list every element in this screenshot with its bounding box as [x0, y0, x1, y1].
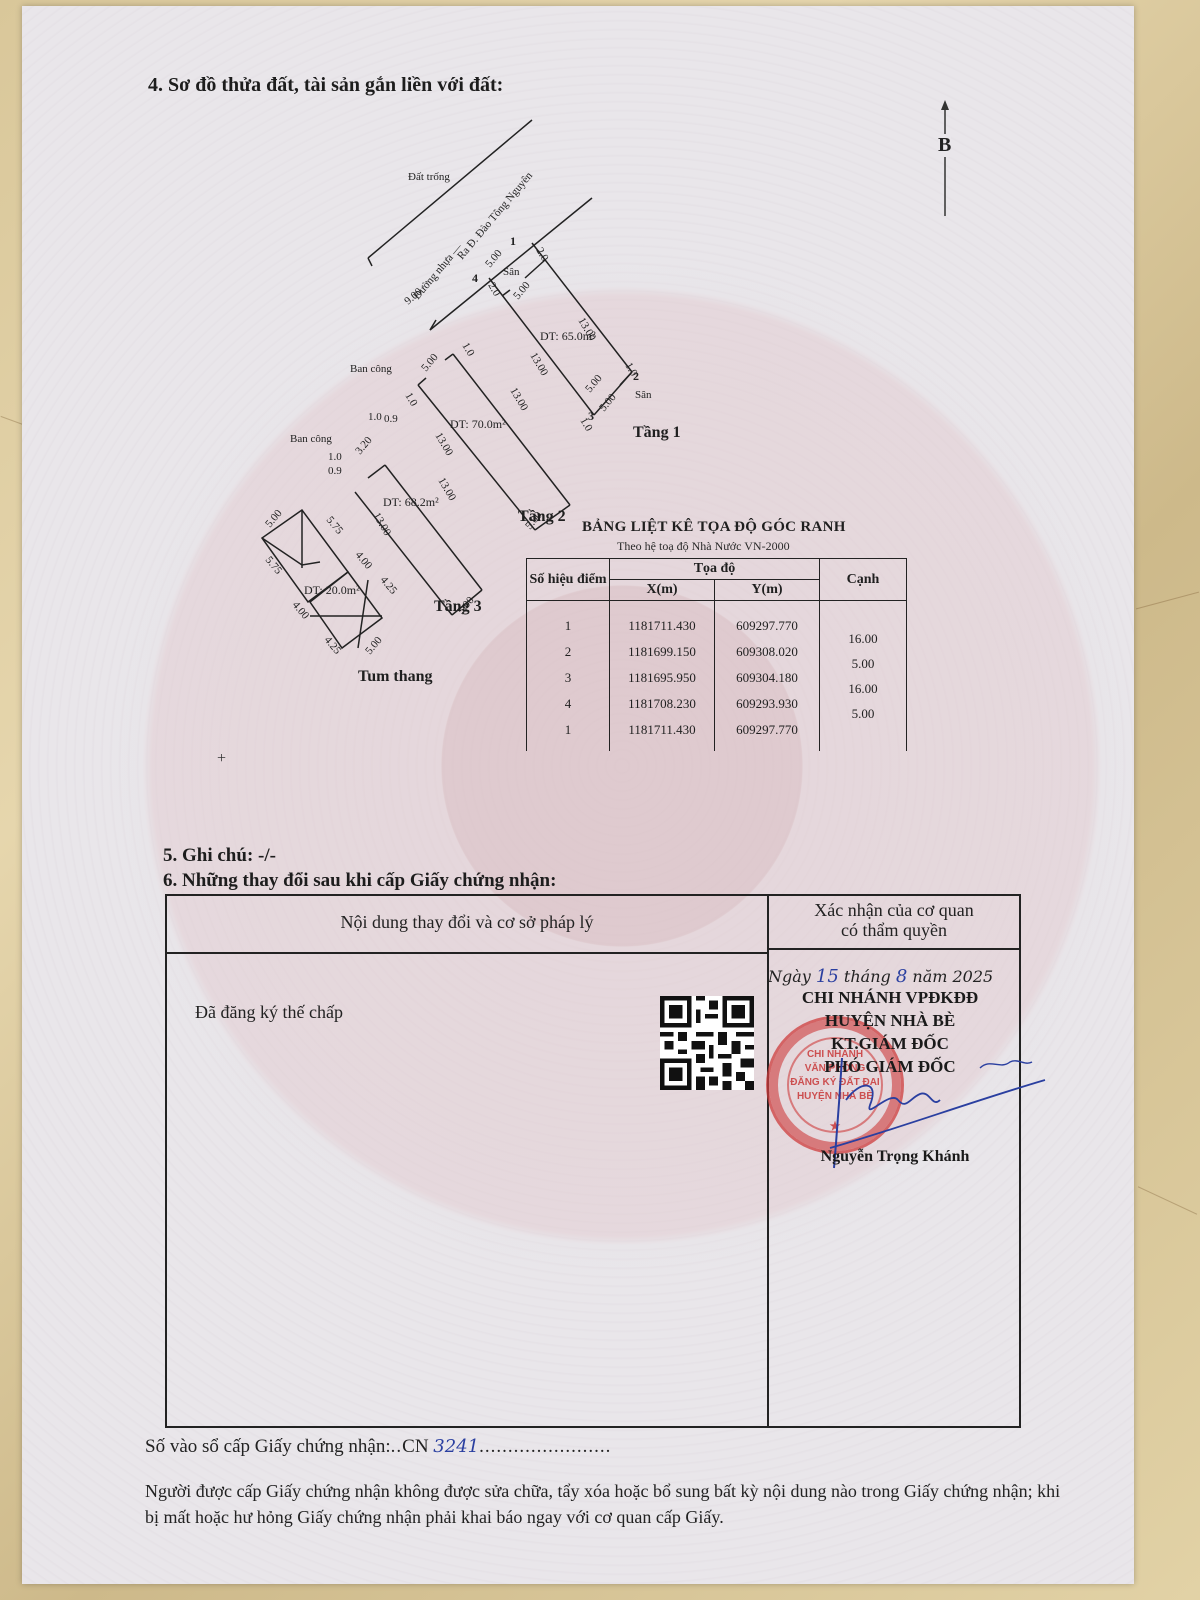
svg-text:DT: 20.0m²: DT: 20.0m²	[304, 583, 360, 597]
coord-table: Số hiệu điểm Tọa độ Cạnh X(m) Y(m) 1 2 3…	[526, 558, 907, 751]
svg-text:1.0: 1.0	[402, 391, 420, 409]
floor-label-tum-thang: Tum thang	[358, 668, 433, 686]
svg-text:5.00: 5.00	[511, 279, 533, 302]
svg-text:DT: 70.0m²: DT: 70.0m²	[450, 417, 506, 431]
row-edge: 16.00	[820, 676, 906, 701]
date-day: 15	[816, 966, 839, 987]
svg-text:4.00: 4.00	[353, 549, 375, 572]
section-5-title: 5. Ghi chú: -/-	[163, 845, 276, 867]
north-label: B	[938, 134, 951, 157]
qr-code	[660, 996, 754, 1090]
svg-text:0.9: 0.9	[384, 413, 398, 425]
registry-line: Số vào sổ cấp Giấy chứng nhận:..CN 3241.…	[145, 1436, 611, 1458]
coord-table-title: BẢNG LIỆT KÊ TỌA ĐỘ GÓC RANH	[582, 519, 846, 536]
registration-mark: +	[217, 750, 226, 768]
floor-label-tang-2: Tầng 2	[518, 508, 566, 526]
header-confirm-line2: có thẩm quyền	[769, 920, 1019, 940]
marble-vein	[1138, 1186, 1197, 1214]
row-x: 1181695.950	[610, 665, 714, 691]
confirmation-date: Ngày 15 tháng 8 năm 2025	[768, 966, 993, 987]
svg-text:13.00: 13.00	[507, 386, 530, 414]
registry-label: Số vào sổ cấp Giấy chứng nhận:	[145, 1436, 391, 1457]
authority-line-1: CHI NHÁNH VPĐKĐĐ	[765, 986, 1015, 1009]
marble-vein	[1, 416, 24, 425]
svg-text:5.00: 5.00	[483, 247, 505, 270]
svg-text:13.00: 13.00	[370, 511, 393, 539]
row-x: 1181711.430	[610, 613, 714, 639]
svg-text:DT: 65.0m²: DT: 65.0m²	[540, 329, 596, 343]
svg-text:DT: 68.2m²: DT: 68.2m²	[383, 495, 439, 509]
row-y: 609297.770	[715, 613, 819, 639]
svg-text:1.0: 1.0	[459, 341, 477, 359]
svg-text:5.00: 5.00	[583, 372, 605, 395]
row-x: 1181708.230	[610, 691, 714, 717]
svg-text:4.25: 4.25	[322, 634, 344, 657]
svg-text:5.00: 5.00	[363, 634, 385, 657]
date-month: 8	[896, 966, 907, 987]
svg-text:Sân: Sân	[635, 389, 652, 401]
row-y: 609297.770	[715, 717, 819, 743]
row-point: 1	[527, 613, 609, 639]
row-y: 609304.180	[715, 665, 819, 691]
row-edge: 5.00	[820, 701, 906, 726]
svg-text:5.75: 5.75	[324, 514, 346, 537]
signer-name: Nguyễn Trọng Khánh	[780, 1148, 1010, 1166]
marble-vein	[1136, 592, 1199, 610]
svg-text:4: 4	[472, 271, 478, 285]
row-y: 609308.020	[715, 639, 819, 665]
row-x: 1181711.430	[610, 717, 714, 743]
floor-label-tang-1: Tầng 1	[633, 424, 681, 442]
change-entry-content: Đã đăng ký thế chấp	[195, 1002, 343, 1023]
header-x: X(m)	[610, 580, 715, 601]
floor-label-tang-3: Tầng 3	[434, 598, 482, 616]
label-dat-trong: Đất trống	[408, 171, 450, 183]
row-y: 609293.930	[715, 691, 819, 717]
header-coords: Tọa độ	[610, 559, 820, 580]
row-point: 2	[527, 639, 609, 665]
row-point: 1	[527, 717, 609, 743]
header-edge: Cạnh	[820, 559, 907, 601]
svg-text:Sân: Sân	[503, 266, 520, 278]
date-year: 2025	[953, 967, 994, 986]
row-point: 3	[527, 665, 609, 691]
svg-text:5.00: 5.00	[597, 391, 619, 414]
header-confirm-line1: Xác nhận của cơ quan	[769, 900, 1019, 920]
footer-notice: Người được cấp Giấy chứng nhận không đượ…	[145, 1478, 1065, 1530]
row-edge: 5.00	[820, 651, 906, 676]
section-6-title: 6. Những thay đổi sau khi cấp Giấy chứng…	[163, 870, 556, 892]
registry-number: 3241	[433, 1436, 479, 1457]
svg-text:5.00: 5.00	[263, 507, 285, 530]
svg-text:3.20: 3.20	[353, 434, 375, 457]
header-change-content: Nội dung thay đổi và cơ sở pháp lý	[167, 912, 767, 933]
coord-table-subtitle: Theo hệ toạ độ Nhà Nước VN-2000	[617, 539, 790, 554]
svg-text:Ban công: Ban công	[350, 363, 392, 375]
row-x: 1181699.150	[610, 639, 714, 665]
registry-prefix: CN	[402, 1436, 428, 1457]
svg-text:13.00: 13.00	[432, 431, 455, 459]
header-y: Y(m)	[715, 580, 820, 601]
authority-line-2: HUYỆN NHÀ BÈ	[765, 1009, 1015, 1032]
svg-text:1.0: 1.0	[368, 411, 382, 423]
svg-text:5.00: 5.00	[419, 351, 441, 374]
row-edge: 16.00	[820, 626, 906, 651]
svg-text:13.00: 13.00	[435, 476, 458, 504]
header-point: Số hiệu điểm	[527, 559, 610, 601]
svg-text:Ban công: Ban công	[290, 433, 332, 445]
section-4-title: 4. Sơ đồ thửa đất, tài sản gắn liền với …	[148, 74, 503, 97]
svg-text:4.25: 4.25	[378, 574, 400, 597]
svg-text:1: 1	[510, 234, 516, 248]
row-point: 4	[527, 691, 609, 717]
svg-text:0.9: 0.9	[328, 465, 342, 477]
svg-text:1.0: 1.0	[328, 451, 342, 463]
svg-text:5.75: 5.75	[263, 554, 285, 577]
north-arrow-icon	[935, 98, 955, 218]
